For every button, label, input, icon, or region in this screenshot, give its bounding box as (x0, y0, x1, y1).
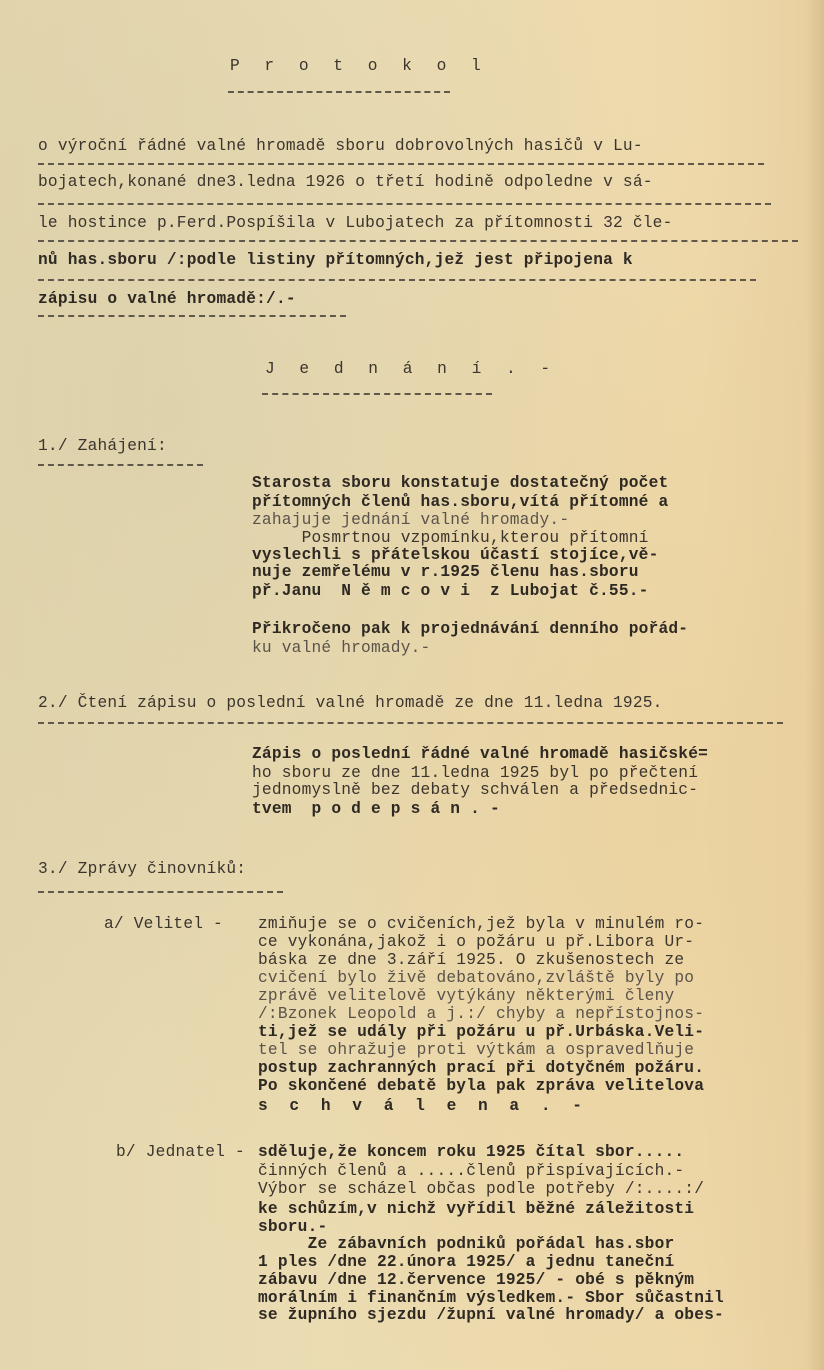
item-heading-underline (38, 464, 203, 466)
subitem-line: sboru.- (258, 1218, 327, 1236)
subitem-line: 1 ples /dne 22.února 1925/ a jednu taneč… (258, 1253, 674, 1271)
paragraph-line: Zápis o poslední řádné valné hromadě has… (252, 745, 708, 763)
subitem-line: Po skončené debatě byla pak zpráva velit… (258, 1077, 704, 1095)
paragraph-line: zahajuje jednání valné hromady.- (252, 511, 569, 529)
subitem-line: se župního sjezdu /župní valné hromady/ … (258, 1306, 724, 1324)
paragraph-line: ho sboru ze dne 11.ledna 1925 byl po pře… (252, 764, 698, 782)
subitem-line: Ze zábavních podniků pořádal has.sbor (258, 1235, 674, 1253)
paragraph-line: př.Janu N ě m c o v i z Lubojat č.55.- (252, 582, 649, 600)
intro-line: nů has.sboru /:podle listiny přítomných,… (38, 251, 633, 269)
document-page: P r o t o k o l o výroční řádné valné hr… (0, 0, 824, 1370)
item-heading: 1./ Zahájení: (38, 437, 167, 455)
subitem-line: postup zachranných prací při dotyčném po… (258, 1059, 704, 1077)
subitem-line: morálním i finančním výsledkem.- Sbor sů… (258, 1289, 724, 1307)
subitem-line: ce vykonána,jakož i o požáru u př.Libora… (258, 933, 694, 951)
subitem-line: tel se ohražuje proti výtkám a ospravedl… (258, 1041, 694, 1059)
document-title: P r o t o k o l (230, 57, 488, 75)
subitem-label: a/ Velitel - (104, 915, 223, 933)
item-heading: 2./ Čtení zápisu o poslední valné hromad… (38, 694, 663, 712)
intro-underline (38, 240, 798, 242)
intro-line: le hostince p.Ferd.Pospíšila v Lubojatec… (38, 214, 673, 232)
intro-line: bojatech,konané dne3.ledna 1926 o třetí … (38, 173, 653, 191)
subitem-line: báska ze dne 3.září 1925. O zkušenostech… (258, 951, 684, 969)
intro-underline (38, 163, 764, 165)
subitem-line: Výbor se scházel občas podle potřeby /:.… (258, 1180, 704, 1198)
title-underline (228, 91, 450, 93)
paragraph-line: nuje zemřelému v r.1925 členu has.sboru (252, 563, 639, 581)
intro-underline (38, 315, 346, 317)
paragraph-line: přítomných členů has.sboru,vítá přítomné… (252, 493, 668, 511)
paragraph-line: Posmrtnou vzpomínku,kterou přítomní (252, 529, 649, 547)
item-heading-underline (38, 891, 283, 893)
intro-underline (38, 203, 771, 205)
paragraph-line: Přikročeno pak k projednávání denního po… (252, 620, 688, 638)
intro-underline (38, 279, 756, 281)
paragraph-line: tvem p o d e p s á n . - (252, 800, 500, 818)
subitem-line: zábavu /dne 12.července 1925/ - obé s pě… (258, 1271, 694, 1289)
subitem-line: cvičení bylo živě debatováno,zvláště byl… (258, 969, 694, 987)
section-heading-underline (262, 393, 492, 395)
intro-line: zápisu o valné hromadě:/.- (38, 290, 296, 308)
paragraph-line: jednomyslně bez debaty schválen a předse… (252, 781, 698, 799)
subitem-line: zmiňuje se o cvičeních,jež byla v minulé… (258, 915, 704, 933)
subitem-line: s c h v á l e n a . - (258, 1097, 588, 1115)
section-heading: J e d n á n í . - (265, 360, 558, 378)
subitem-line: /:Bzonek Leopold a j.:/ chyby a nepřísto… (258, 1005, 704, 1023)
subitem-line: zprávě velitelově vytýkány některými čle… (258, 987, 674, 1005)
item-heading-underline (38, 722, 783, 724)
subitem-label: b/ Jednatel - (116, 1143, 245, 1161)
item-heading: 3./ Zprávy činovníků: (38, 860, 246, 878)
paragraph-line: vyslechli s přátelskou účastí stojíce,vě… (252, 546, 658, 564)
subitem-line: sděluje,že koncem roku 1925 čítal sbor..… (258, 1143, 684, 1161)
subitem-line: ti,jež se udály při požáru u př.Urbáska.… (258, 1023, 704, 1041)
subitem-line: činných členů a .....členů přispívajícíc… (258, 1162, 684, 1180)
subitem-line: ke schůzím,v nichž vyřídil běžné záležit… (258, 1200, 694, 1218)
paragraph-line: ku valné hromady.- (252, 639, 430, 657)
paragraph-line: Starosta sboru konstatuje dostatečný poč… (252, 474, 668, 492)
intro-line: o výroční řádné valné hromadě sboru dobr… (38, 137, 643, 155)
